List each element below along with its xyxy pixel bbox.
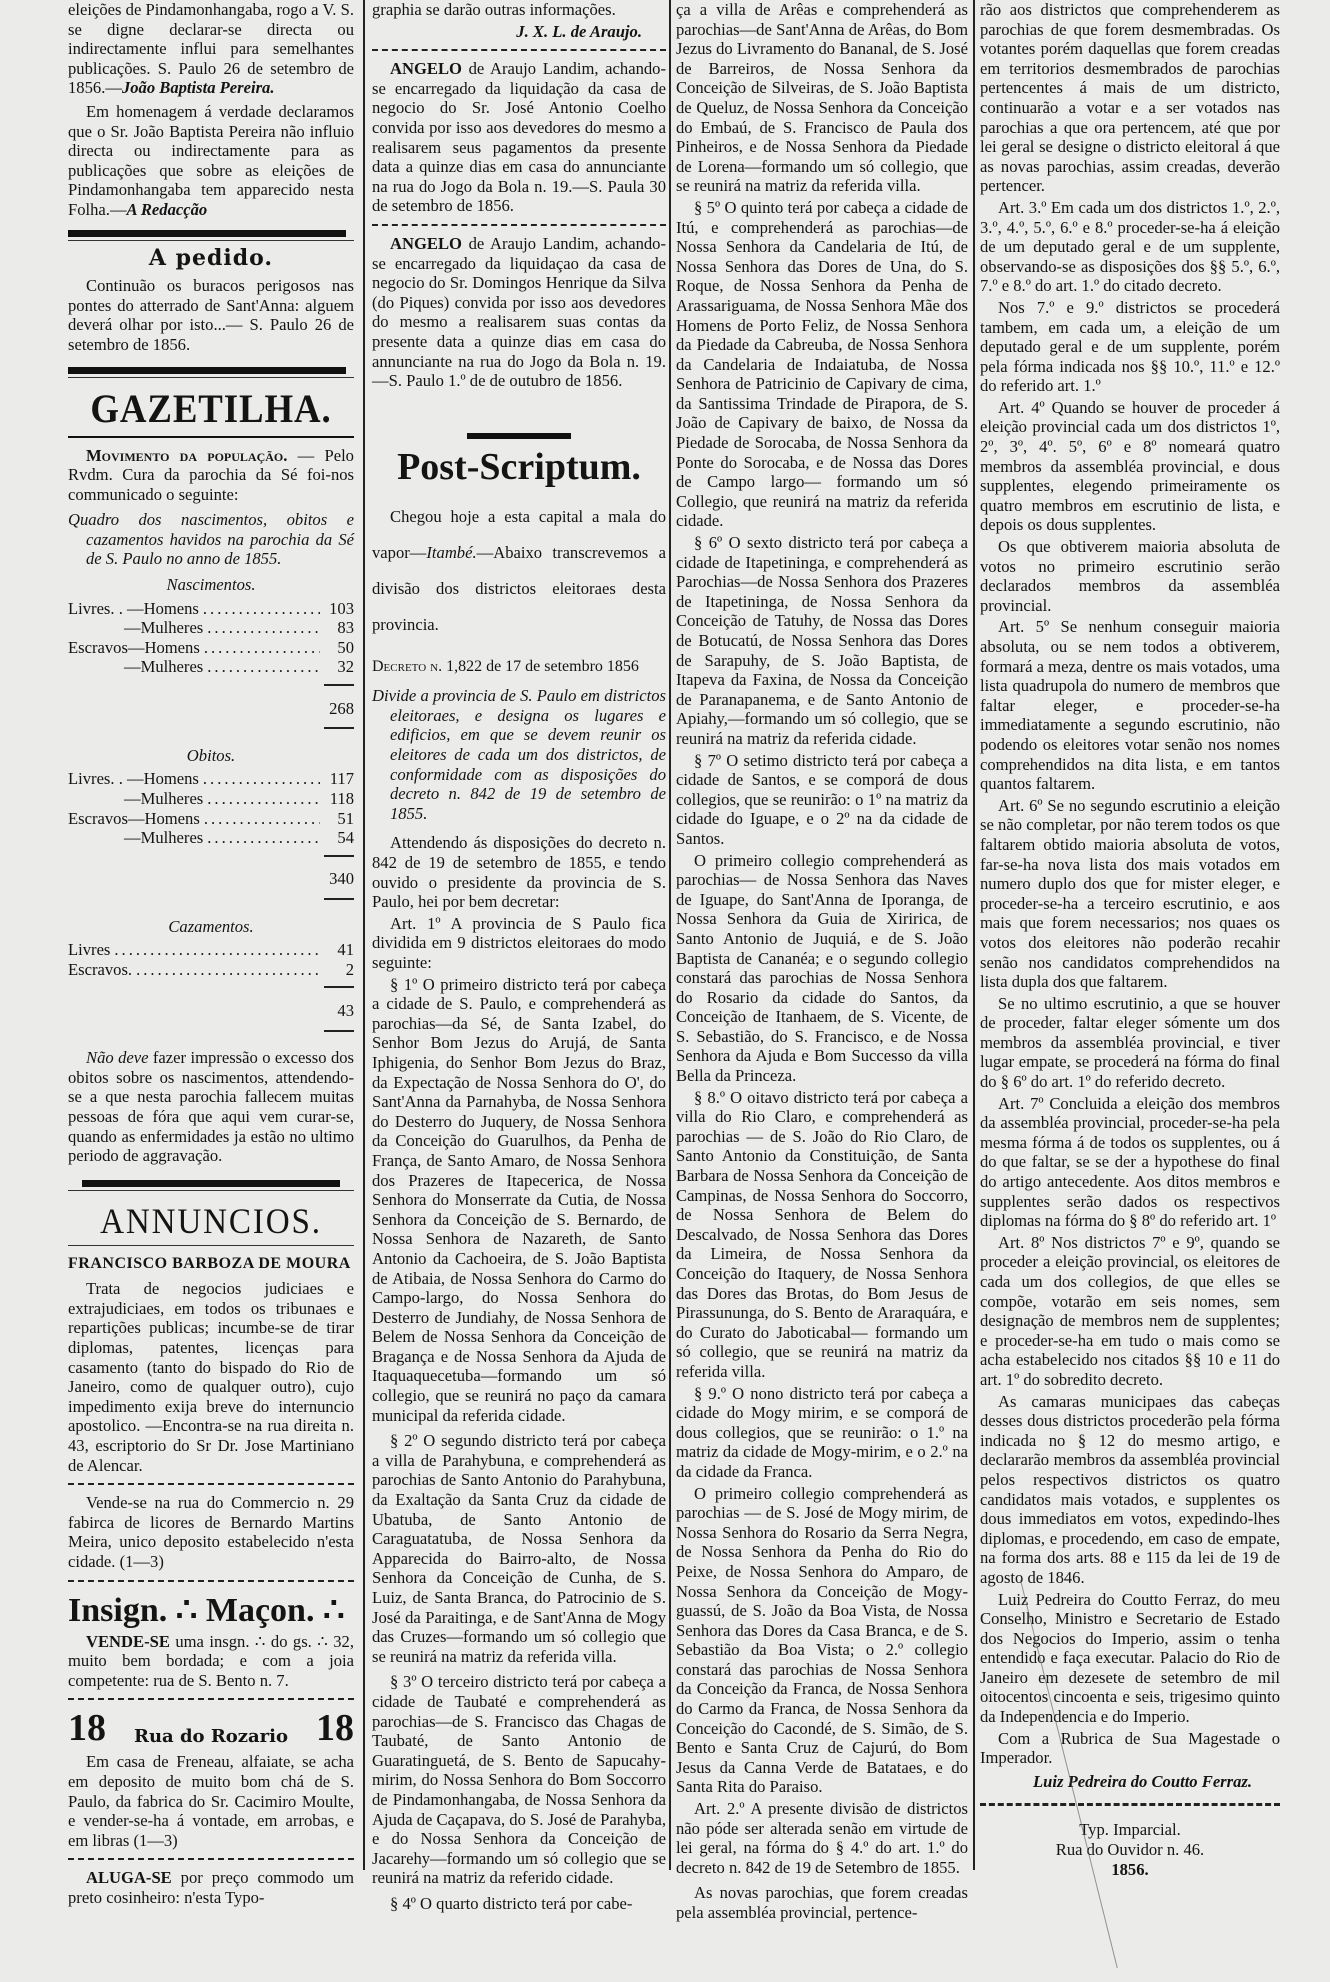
ad-heading-rua-do-rozario: 18 Rua do Rozario 18 [68, 1708, 354, 1748]
leader-dots: ........................................… [207, 618, 320, 638]
ad-separator [68, 1858, 354, 1860]
section-rule [68, 367, 346, 374]
table-row: Escravos................................… [68, 960, 354, 980]
imprint: Typ. Imparcial. Rua do Ouvidor n. 46. 18… [980, 1820, 1280, 1880]
decreto-art-7: Art. 7º Concluida a eleição dos membros … [980, 1094, 1280, 1231]
decreto-art-8: Art. 8º Nos districtos 7º e 9º, quando s… [980, 1233, 1280, 1390]
ad-licores: Vende-se na rua do Commercio n. 29 fabir… [68, 1493, 354, 1571]
decreto-preamble: Attendendo ás disposições do decreto n. … [372, 833, 666, 911]
row-label: —Mulheres [68, 657, 203, 677]
table-row: Livres..................................… [68, 940, 354, 960]
ad-francisco: Trata de negocios judiciaes e extrajudic… [68, 1279, 354, 1475]
row-label: Livres. . —Homens [68, 599, 199, 619]
table-nascimentos: Nascimentos. Livres. . —Homens..........… [68, 575, 354, 740]
row-label: Livres [68, 940, 110, 960]
article-homenagem: Em homenagem á verdade declaramos que o … [68, 102, 354, 220]
section-rule [82, 1180, 340, 1187]
section-heading-a-pedido: A pedido. [68, 249, 354, 269]
row-value: 41 [324, 940, 354, 960]
quadro-title: Quadro dos nascimentos, obitos e cazamen… [68, 510, 354, 569]
total-cazamentos: 43 [68, 1001, 354, 1021]
ad-angelo-1: ANGELO de Araujo Landim, achando-se enca… [372, 59, 666, 216]
article-pedido: Continuão os buracos perigosos nas ponte… [68, 276, 354, 354]
decreto-s3: § 3º O terceiro districto terá por cabeç… [372, 1672, 666, 1888]
leader-dots: ........................................… [207, 828, 320, 848]
ad-continuation: graphia se darão outras informações. [372, 0, 666, 20]
table-cazamentos: Cazamentos. Livres......................… [68, 917, 354, 1043]
decreto-art-1: Art. 1º A provincia de S Paulo fica divi… [372, 914, 666, 973]
table-row: —Mulheres...............................… [68, 657, 354, 677]
row-value: 32 [324, 657, 354, 677]
newspaper-page: eleições de Pindamonhangaba, rogo a V. S… [0, 0, 1330, 1982]
row-label: Livres. . —Homens [68, 769, 199, 789]
decreto-novas-parochias: As novas parochias, que forem creadas pe… [676, 1883, 968, 1922]
section-rule [467, 433, 571, 439]
section-heading-post-scriptum: Post-Scriptum. [372, 443, 666, 491]
row-value: 118 [324, 789, 354, 809]
ad-separator [68, 1483, 354, 1485]
table-row: —Mulheres...............................… [68, 828, 354, 848]
row-value: 103 [324, 599, 354, 619]
row-value: 54 [324, 828, 354, 848]
table-row: —Mulheres...............................… [68, 618, 354, 638]
leader-dots: ........................................… [204, 809, 320, 829]
ad-title-francisco: FRANCISCO BARBOZA DE MOURA [68, 1254, 354, 1274]
row-label: —Mulheres [68, 789, 203, 809]
decreto-s9-colleges: O primeiro collegio comprehenderá as par… [676, 1484, 968, 1798]
decreto-novas-cont: rão aos districtos que comprehenderem as… [980, 0, 1280, 196]
ad-separator [68, 1698, 354, 1700]
column-2: graphia se darão outras informações. J. … [372, 0, 666, 1916]
section-rule [980, 1803, 1280, 1806]
decreto-summary: Divide a provincia de S. Paulo em distri… [372, 686, 666, 823]
decreto-s8: § 8.º O oitavo districto terá por cabeça… [676, 1088, 968, 1382]
decreto-s4-start: § 4º O quarto districto terá por cabe- [372, 1894, 666, 1914]
column-divider [669, 0, 671, 1870]
decreto-s2: § 2º O segundo districto terá por cabeça… [372, 1431, 666, 1666]
ad-heading-insign-macon: Insign. ∴ Maçon. ∴ [68, 1590, 354, 1632]
column-divider [973, 0, 975, 1870]
signature-araujo: J. X. L. de Araujo. [372, 22, 666, 42]
row-label: —Mulheres [68, 618, 203, 638]
row-label: Escravos. [68, 960, 132, 980]
table-obitos: Obitos. Livres. . —Homens...............… [68, 746, 354, 911]
ad-freneau: Em casa de Freneau, alfaiate, se acha em… [68, 1752, 354, 1850]
leader-dots: ........................................… [136, 960, 320, 980]
row-value: 83 [324, 618, 354, 638]
leader-dots: ........................................… [114, 940, 320, 960]
total-obitos: 340 [68, 869, 354, 889]
ps-intro: Chegou hoje a esta capital a mala do vap… [372, 499, 666, 643]
decreto-s9: § 9.º O nono districto terá por cabeça a… [676, 1384, 968, 1482]
row-value: 117 [324, 769, 354, 789]
row-label: Escravos—Homens [68, 638, 200, 658]
decreto-title: Decreto n. 1,822 de 17 de setembro 1856 [372, 657, 666, 677]
section-rule [68, 1190, 354, 1191]
table-row: Livres. . —Homens.......................… [68, 769, 354, 789]
decreto-s4-cont: ça a villa de Arêas e comprehenderá as p… [676, 0, 968, 196]
decreto-art-3: Art. 3.º Em cada um dos districtos 1.º, … [980, 198, 1280, 296]
ad-insign: VENDE-SE uma insgn. ∴ do gs. ∴ 32, muito… [68, 1632, 354, 1691]
decreto-art-6-b: Se no ultimo escrutinio, a que se houver… [980, 994, 1280, 1092]
section-rule [68, 240, 354, 241]
ad-separator [68, 1580, 354, 1582]
decreto-art-2: Art. 2.º A presente divisão de districto… [676, 1799, 968, 1877]
decreto-s7: § 7º O setimo districto terá por cabeça … [676, 751, 968, 849]
signature-coutto-ferraz: Luiz Pedreira do Coutto Ferraz. [980, 1772, 1280, 1792]
row-label: —Mulheres [68, 828, 203, 848]
decreto-art-4-b: Os que obtiverem maioria absoluta de vot… [980, 537, 1280, 615]
decreto-closing: Luiz Pedreira do Coutto Ferraz, do meu C… [980, 1590, 1280, 1727]
decreto-s5: § 5º O quinto terá por cabeça a cidade d… [676, 198, 968, 531]
column-1: eleições de Pindamonhangaba, rogo a V. S… [68, 0, 354, 1910]
table-row: Escravos—Homens.........................… [68, 638, 354, 658]
article-movimento: Movimento da população. — Pelo Rvdm. Cur… [68, 446, 354, 505]
leader-dots: ........................................… [207, 789, 320, 809]
row-value: 51 [324, 809, 354, 829]
section-heading-gazetilha: GAZETILHA. [79, 386, 342, 432]
decreto-s1: § 1º O primeiro districto terá por cabeç… [372, 975, 666, 1426]
decreto-art-8-b: As camaras municipaes das cabeças desses… [980, 1392, 1280, 1588]
table-row: Livres. . —Homens.......................… [68, 599, 354, 619]
section-rule [68, 377, 354, 378]
decreto-art-3-b: Nos 7.º e 9.º districtos se procederá ta… [980, 298, 1280, 396]
leader-dots: ........................................… [207, 657, 320, 677]
total-nascimentos: 268 [68, 699, 354, 719]
decreto-art-4: Art. 4º Quando se houver de proceder á e… [980, 398, 1280, 535]
decreto-art-5: Art. 5º Se nenhum conseguir maioria abso… [980, 617, 1280, 793]
table-row: —Mulheres...............................… [68, 789, 354, 809]
ad-separator [372, 224, 666, 226]
decreto-art-6: Art. 6º Se no segundo escrutinio a eleiç… [980, 796, 1280, 992]
section-rule [68, 230, 346, 237]
article-obitos-note: Não deve fazer impressão o excesso dos o… [68, 1048, 354, 1166]
row-value: 2 [324, 960, 354, 980]
leader-dots: ........................................… [204, 638, 320, 658]
article-pindamonhangaba: eleições de Pindamonhangaba, rogo a V. S… [68, 0, 354, 98]
decreto-s7-colleges: O primeiro collegio comprehenderá as par… [676, 851, 968, 1086]
column-divider [363, 0, 365, 1870]
leader-dots: ........................................… [203, 599, 320, 619]
table-row: Escravos—Homens.........................… [68, 809, 354, 829]
decreto-s6: § 6º O sexto districto terá por cabeça a… [676, 533, 968, 749]
section-rule [68, 436, 354, 438]
row-value: 50 [324, 638, 354, 658]
row-label: Escravos—Homens [68, 809, 200, 829]
section-rule [68, 1245, 354, 1246]
leader-dots: ........................................… [203, 769, 320, 789]
ad-angelo-2: ANGELO de Araujo Landim, achando-se enca… [372, 234, 666, 391]
column-3: ça a villa de Arêas e comprehenderá as p… [676, 0, 968, 1925]
ad-separator [372, 49, 666, 51]
ad-aluga: ALUGA-SE por preço commodo um preto cosi… [68, 1868, 354, 1907]
section-heading-annuncios: ANNUNCIOS. [79, 1199, 342, 1243]
decreto-rubrica: Com a Rubrica de Sua Magestade o Imperad… [980, 1729, 1280, 1768]
